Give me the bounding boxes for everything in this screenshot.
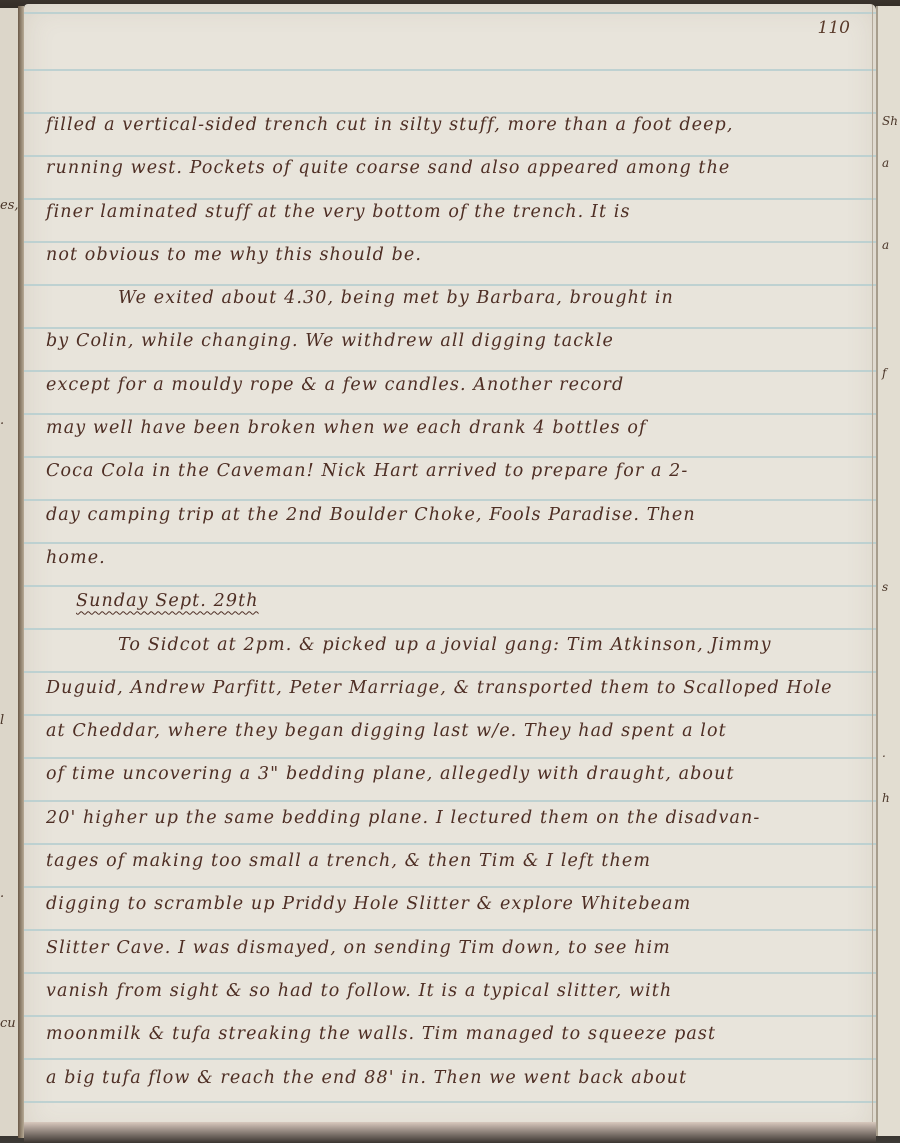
text-line: a big tufa flow & reach the end 88' in. … bbox=[46, 1057, 876, 1100]
notebook-page: 110 filled a vertical-sided trench cut i… bbox=[24, 4, 876, 1136]
margin-fragment: es, bbox=[0, 198, 19, 213]
text-line: day camping trip at the 2nd Boulder Chok… bbox=[46, 494, 876, 537]
text-line: Coca Cola in the Caveman! Nick Hart arri… bbox=[46, 450, 876, 493]
margin-mark: f bbox=[882, 366, 886, 380]
text-line: at Cheddar, where they began digging las… bbox=[46, 710, 876, 753]
margin-fragment: . bbox=[0, 886, 4, 901]
margin-fragment: l bbox=[0, 713, 4, 728]
text-line: moonmilk & tufa streaking the walls. Tim… bbox=[46, 1013, 876, 1056]
page-number: 110 bbox=[818, 18, 850, 38]
text-line: of time uncovering a 3" bedding plane, a… bbox=[46, 753, 876, 796]
text-line: Slitter Cave. I was dismayed, on sending… bbox=[46, 927, 876, 970]
margin-mark: s bbox=[882, 580, 888, 594]
text-line: tages of making too small a trench, & th… bbox=[46, 840, 876, 883]
text-line: digging to scramble up Priddy Hole Slitt… bbox=[46, 883, 876, 926]
notebook-photo: es, . l . cu 110 filled a vertical-sided… bbox=[0, 0, 900, 1143]
margin-mark: Sh bbox=[882, 114, 898, 128]
text-line: Duguid, Andrew Parfitt, Peter Marriage, … bbox=[46, 667, 876, 710]
text-line: finer laminated stuff at the very bottom… bbox=[46, 191, 876, 234]
text-line: To Sidcot at 2pm. & picked up a jovial g… bbox=[46, 624, 876, 667]
text-line: 20' higher up the same bedding plane. I … bbox=[46, 797, 876, 840]
margin-mark: . bbox=[882, 746, 886, 760]
next-page-edge: Sh a a f s . h bbox=[876, 6, 900, 1136]
text-line: except for a mouldy rope & a few candles… bbox=[46, 364, 876, 407]
margin-fragment: cu bbox=[0, 1016, 16, 1031]
margin-mark: a bbox=[882, 156, 889, 170]
margin-mark: h bbox=[882, 791, 890, 805]
text-line: home. bbox=[46, 537, 876, 580]
handwritten-entry: filled a vertical-sided trench cut in si… bbox=[46, 104, 876, 1100]
text-line: filled a vertical-sided trench cut in si… bbox=[46, 104, 876, 147]
page-bottom-edge bbox=[24, 1122, 876, 1143]
text-line: vanish from sight & so had to follow. It… bbox=[46, 970, 876, 1013]
margin-fragment: . bbox=[0, 413, 4, 428]
text-line: running west. Pockets of quite coarse sa… bbox=[46, 147, 876, 190]
text-line: not obvious to me why this should be. bbox=[46, 234, 876, 277]
date-heading: Sunday Sept. 29th bbox=[46, 580, 876, 623]
text-line: We exited about 4.30, being met by Barba… bbox=[46, 277, 876, 320]
text-line: by Colin, while changing. We withdrew al… bbox=[46, 320, 876, 363]
text-line: may well have been broken when we each d… bbox=[46, 407, 876, 450]
margin-mark: a bbox=[882, 238, 889, 252]
previous-page-edge: es, . l . cu bbox=[0, 8, 19, 1136]
date-heading-text: Sunday Sept. 29th bbox=[76, 591, 259, 611]
